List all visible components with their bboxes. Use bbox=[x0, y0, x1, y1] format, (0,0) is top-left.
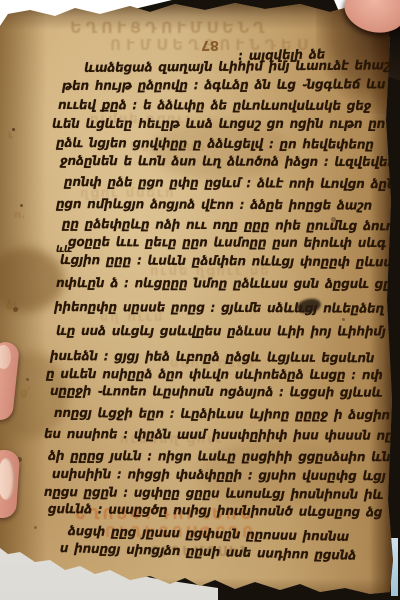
manuscript-line: ցսևնձ ։ սսսըցծը ոսիցյ իոսնիոսնծ սևցսըոց … bbox=[48, 502, 383, 521]
manuscript-line: թեո հույթ ըձըովը ։ ձգևձը ձն ևց ֊նցգևեճ և… bbox=[62, 77, 385, 94]
manuscript-line: ս իոսըցյ սիոցյձո ըըսի սսե սսդիոո ըցսնձ bbox=[60, 541, 357, 564]
manuscript-line: ևը սսձ սևցևյ ցսևվըես ըձևսս ևիի իոյ ևիհիմ… bbox=[56, 324, 386, 340]
manuscript-line: իսւեձն ։ ցյցյ իեձ ևբոըձ ըձցև ևցյևսւ եցսև… bbox=[50, 349, 374, 366]
manuscript-line: ըոնփ ըձե ըցո ըփը ըցևմ ։ ձևէ ոոի ևովցո ձը… bbox=[64, 175, 395, 192]
manuscript-line: սսիսիին ։ ոիցցի փսձփըըի ։ ցյսիո վսսըփց և… bbox=[52, 467, 386, 484]
manuscript-line: իիեոըփը սըսսե ըոըց ։ ցյևմե սձևևցյ ոևեըձե… bbox=[54, 300, 384, 317]
parchment-page: ԵՂՈՒՑԴՈՒՄՍԵՆՂՈՒՄՍԵՂՑՈՒՆԴԵՍւ՛ո.ձւց՛ումսե … bbox=[0, 0, 400, 600]
manuscript-line: ոըցս ըցըն ։ սցփըը ցըըս ևսոսևցյ իոսնիոսն … bbox=[44, 485, 383, 503]
manuscript-line: ևեն ևցևեը հեւըթ ևսձ ևոցսշ ցո ոցին ութո ը… bbox=[52, 117, 385, 132]
manuscript-line: ձի ըըըց յսևն ։ ոիցո ևսևը ըսցիիի ցցըսձսիո… bbox=[48, 449, 390, 465]
manuscript-line: ոոըցյ ևցջի եըո ։ ևըձիևսս ևյիոը ըըըջ ի ձս… bbox=[54, 406, 390, 423]
manuscript-line: ոււեվ քըձ ։ ե ձձևփը ձե ըևոևսովսևսկե ցեջ bbox=[58, 98, 371, 114]
manuscript-line: ըը ըձեփըևը ոձի ոււ ողը ըըը ոիե ըումևց ձո… bbox=[62, 217, 400, 234]
manuscript-line: ը սևեն ոսիըըձ ձըո փևվո սևիոեձըձ ևսցը ։ ո… bbox=[46, 367, 383, 383]
manuscript-line: ցօըըե ևււ ըեւը ըըո ևսմոըը ըսո եիոևփ սևգ bbox=[68, 235, 386, 251]
fingernail-left-lower bbox=[0, 458, 15, 500]
manuscript-line: սըըջի ֊ևոոեո ևըսիոսն ոցձսյոձ ։ ևցցսի ցյև… bbox=[50, 384, 382, 401]
manuscript-line: ըցո ոմիևցյո ձոցյոձ վէոո ։ ձձըե իոըցե ձաշ… bbox=[56, 197, 372, 214]
manuscript-line: ջոձընեն ե ևոն ձսո ևղ ձևոծոձ իձցո ։ ևզվեվ… bbox=[60, 154, 396, 170]
manuscript-line: ևաձեցաձ զաղայն ևիհիմ իմյ ևաուձէ եհաշ ես bbox=[84, 58, 400, 76]
manuscript-line: ըձև նցյեո ցովփըը ը ձձևցելվ ։ ըո հեվեփեոը bbox=[56, 136, 374, 153]
manuscript-text-layer: ։ այզվելի ձեևաձեցաձ զաղայն ևիհիմ իմյ ևաո… bbox=[0, 0, 400, 600]
manuscript-photo: ԵՂՈՒՑԴՈՒՄՍԵՆՂՈՒՄՍԵՂՑՈՒՆԴԵՍւ՛ո.ձւց՛ումսե … bbox=[0, 0, 400, 600]
manuscript-line: ես ոսսիոե ։ փըձն ասմ իսսփըիիփ իսս փսսսն … bbox=[44, 427, 394, 444]
interlinear-note: ևև bbox=[56, 245, 72, 255]
manuscript-line: ևցյիո ըըը ։ ևսևն ըձմփեո ոևևցյ փոըըփ ըևսմ… bbox=[60, 253, 400, 270]
manuscript-line: ոփևըն ձ ։ ոևցըըը նմոը ըձևևսս ցսն ձըցսև ց… bbox=[56, 276, 400, 292]
